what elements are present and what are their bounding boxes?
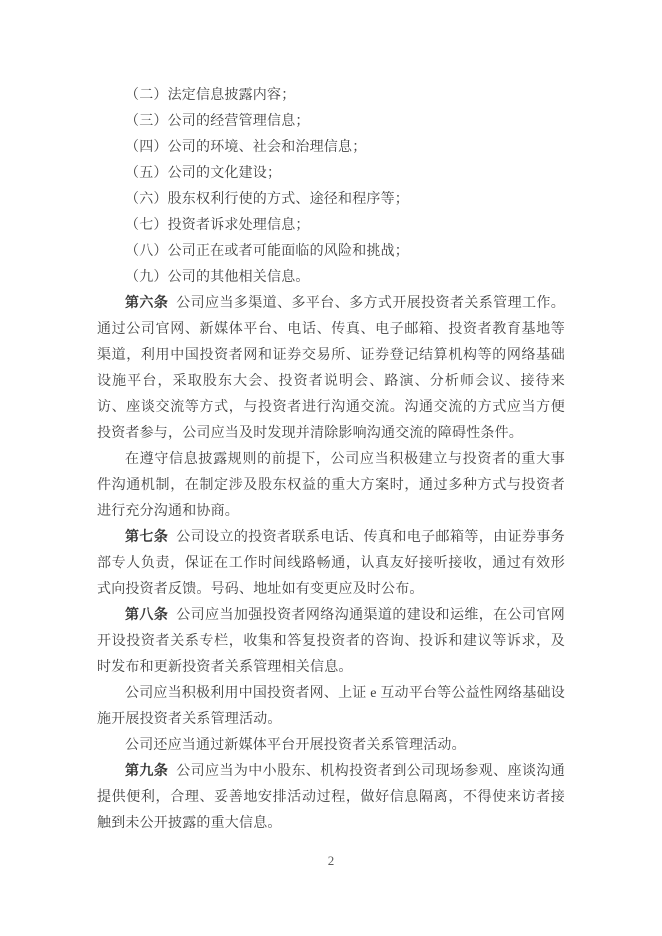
article-paragraph: 公司应当积极利用中国投资者网、上证 e 互动平台等公益性网络基础设施开展投资者关… <box>97 681 565 733</box>
article-number: 第七条 <box>125 530 168 545</box>
article-paragraph: 第七条公司设立的投资者联系电话、传真和电子邮箱等，由证券事务部专人负责，保证在工… <box>97 525 565 603</box>
paragraph-text: 公司应当积极利用中国投资者网、上证 e 互动平台等公益性网络基础设施开展投资者关… <box>97 686 565 727</box>
list-item: （五）公司的文化建设； <box>97 161 565 187</box>
document-body: （二）法定信息披露内容； （三）公司的经营管理信息； （四）公司的环境、社会和治… <box>97 83 565 837</box>
page-footer: 2 <box>0 852 662 870</box>
paragraph-text: 在遵守信息披露规则的前提下，公司应当积极建立与投资者的重大事件沟通机制，在制定涉… <box>97 452 565 519</box>
list-item: （七）投资者诉求处理信息； <box>97 213 565 239</box>
list-item: （八）公司正在或者可能面临的风险和挑战； <box>97 239 565 265</box>
article-paragraph: 第六条公司应当多渠道、多平台、多方式开展投资者关系管理工作。通过公司官网、新媒体… <box>97 291 565 447</box>
list-item: （九）公司的其他相关信息。 <box>97 265 565 291</box>
article-paragraph: 第八条公司应当加强投资者网络沟通渠道的建设和运维，在公司官网开设投资者关系专栏，… <box>97 603 565 681</box>
list-item: （四）公司的环境、社会和治理信息； <box>97 135 565 161</box>
article-paragraph: 在遵守信息披露规则的前提下，公司应当积极建立与投资者的重大事件沟通机制，在制定涉… <box>97 447 565 525</box>
article-paragraph: 第九条公司应当为中小股东、机构投资者到公司现场参观、座谈沟通提供便利，合理、妥善… <box>97 759 565 837</box>
list-item: （二）法定信息披露内容； <box>97 83 565 109</box>
page-number: 2 <box>328 853 335 868</box>
list-item: （三）公司的经营管理信息； <box>97 109 565 135</box>
article-number: 第九条 <box>125 764 168 779</box>
paragraph-text: 公司应当多渠道、多平台、多方式开展投资者关系管理工作。通过公司官网、新媒体平台、… <box>97 296 565 441</box>
list-item: （六）股东权利行使的方式、途径和程序等； <box>97 187 565 213</box>
document-page: （二）法定信息披露内容； （三）公司的经营管理信息； （四）公司的环境、社会和治… <box>0 0 662 936</box>
article-number: 第六条 <box>125 296 168 311</box>
article-paragraph: 公司还应当通过新媒体平台开展投资者关系管理活动。 <box>97 733 565 759</box>
article-number: 第八条 <box>125 608 168 623</box>
paragraph-text: 公司还应当通过新媒体平台开展投资者关系管理活动。 <box>125 738 466 753</box>
